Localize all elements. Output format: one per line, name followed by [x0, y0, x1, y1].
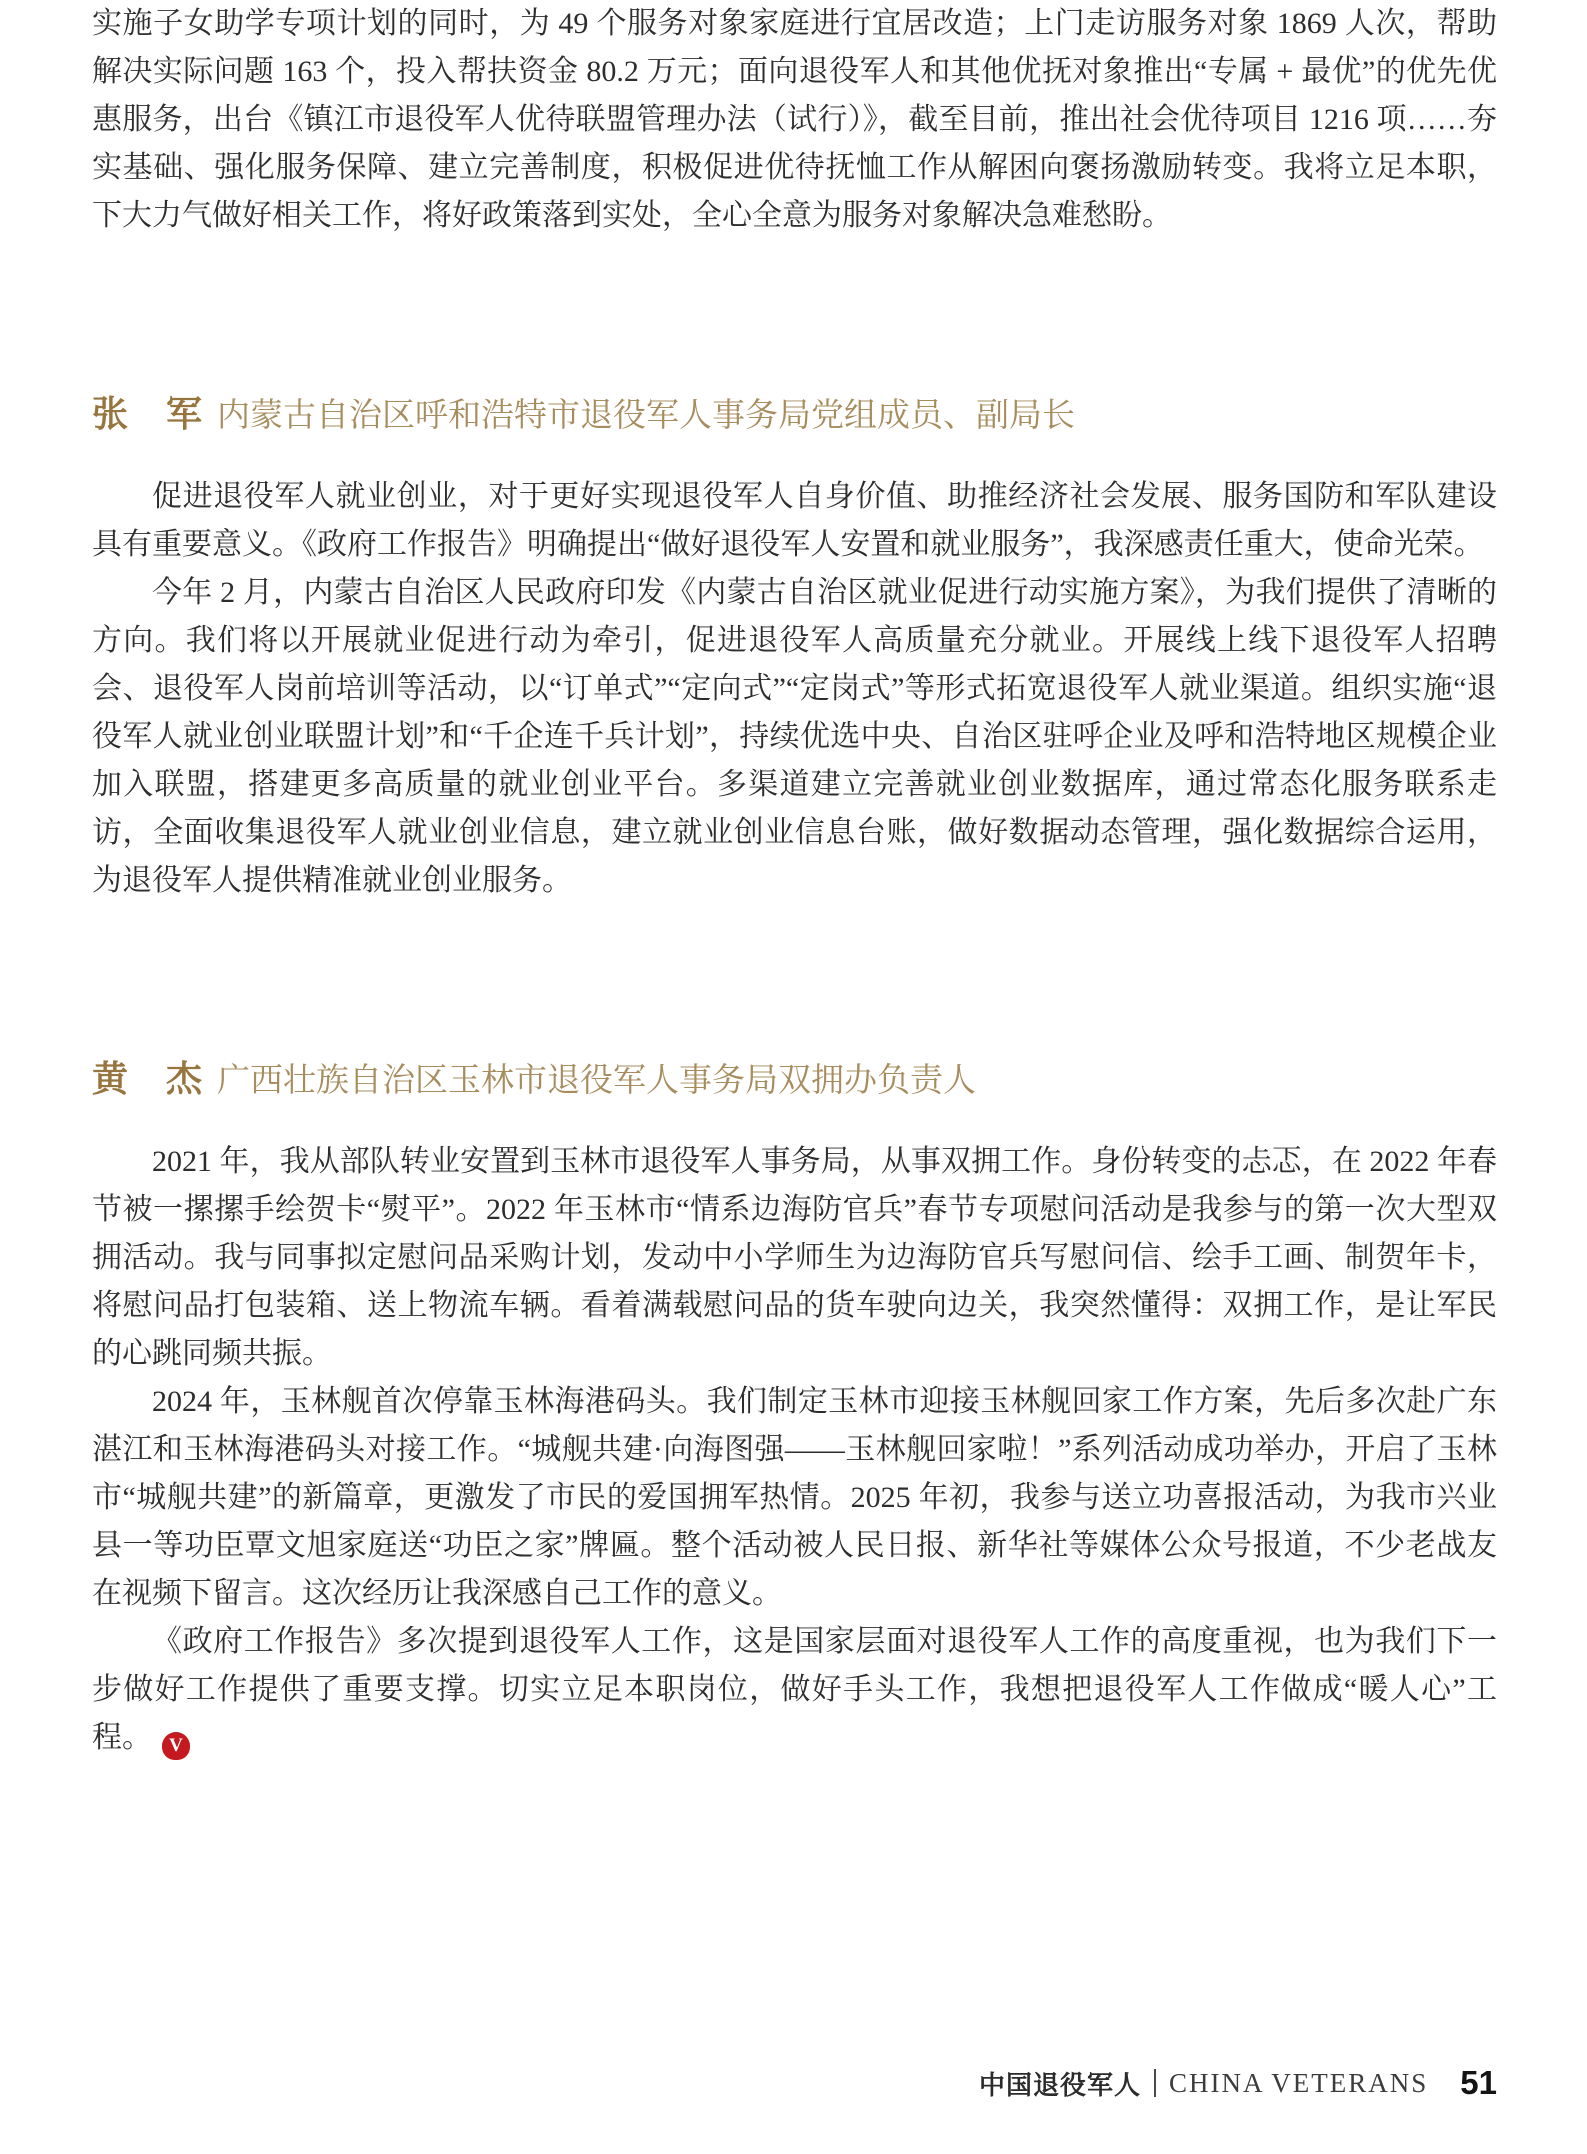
- footer-divider: [1154, 2069, 1156, 2097]
- paragraph-text: 《政府工作报告》多次提到退役军人工作，这是国家层面对退役军人工作的高度重视，也为…: [92, 1625, 1497, 1754]
- intro-paragraph: 实施子女助学专项计划的同时，为 49 个服务对象家庭进行宜居改造；上门走访服务对…: [92, 0, 1497, 240]
- section-paragraph: 今年 2 月，内蒙古自治区人民政府印发《内蒙古自治区就业促进行动实施方案》，为我…: [92, 569, 1497, 905]
- section-paragraph: 2021 年，我从部队转业安置到玉林市退役军人事务局，从事双拥工作。身份转变的忐…: [92, 1138, 1497, 1378]
- speaker-name: 张 军: [92, 386, 203, 437]
- magazine-page: { "page": { "intro_paragraph": "实施子女助学专项…: [0, 0, 1587, 2154]
- article-end-icon: V: [162, 1732, 190, 1760]
- magazine-title-cn: 中国退役军人: [979, 2065, 1141, 2102]
- magazine-title-en: CHINA VETERANS: [1169, 2068, 1428, 2099]
- section-paragraph-last: 《政府工作报告》多次提到退役军人工作，这是国家层面对退役军人工作的高度重视，也为…: [92, 1618, 1497, 1762]
- speaker-name: 黄 杰: [92, 1051, 203, 1102]
- page-footer: 中国退役军人 CHINA VETERANS 51: [979, 2064, 1497, 2102]
- section-heading-huangjie: 黄 杰 广西壮族自治区玉林市退役军人事务局双拥办负责人: [92, 1051, 1497, 1102]
- page-number: 51: [1460, 2064, 1497, 2102]
- section-heading-zhangjun: 张 军 内蒙古自治区呼和浩特市退役军人事务局党组成员、副局长: [92, 386, 1497, 437]
- speaker-title: 内蒙古自治区呼和浩特市退役军人事务局党组成员、副局长: [217, 389, 1075, 436]
- speaker-title: 广西壮族自治区玉林市退役军人事务局双拥办负责人: [217, 1054, 976, 1101]
- section-paragraph: 促进退役军人就业创业，对于更好实现退役军人自身价值、助推经济社会发展、服务国防和…: [92, 473, 1497, 569]
- section-paragraph: 2024 年，玉林舰首次停靠玉林海港码头。我们制定玉林市迎接玉林舰回家工作方案，…: [92, 1378, 1497, 1618]
- article-content: 实施子女助学专项计划的同时，为 49 个服务对象家庭进行宜居改造；上门走访服务对…: [92, 0, 1497, 1762]
